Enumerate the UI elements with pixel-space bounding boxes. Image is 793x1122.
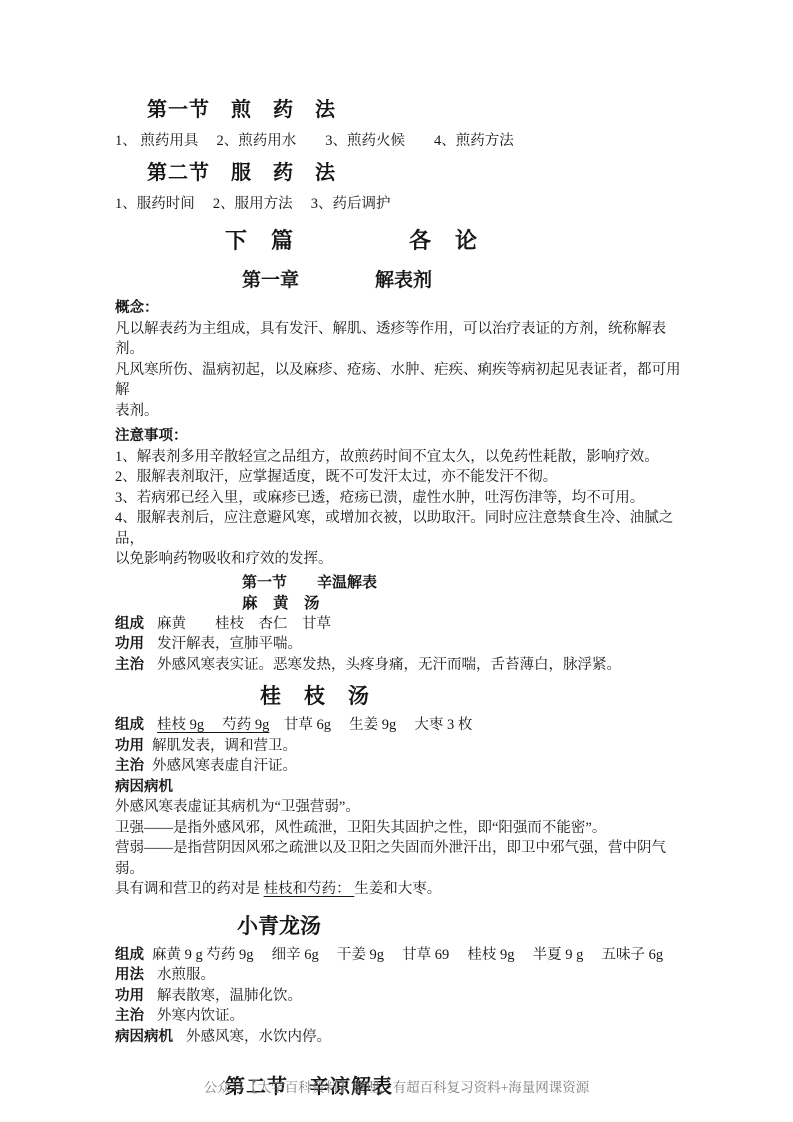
page-footer: 公众号【大学百科资料】整理，有超百科复习资料+海量网课资源 — [0, 1076, 793, 1096]
notes-line: 以免影响药物吸收和疗效的发挥。 — [115, 549, 685, 570]
field-label-gongyong: 功用 — [115, 636, 144, 652]
guizhi-gongyong-row: 功用解肌发表，调和营卫。 — [115, 736, 685, 757]
fuyaofa-item-list: 1、服药时间 2、服用方法 3、药后调护 — [115, 194, 685, 215]
notes-line: 3、若病邪已经入里，或麻疹已透，疮疡已溃，虚性水肿，吐泻伤津等，均不可用。 — [115, 488, 685, 509]
notes-line: 2、服解表剂取汗，应掌握适度，既不可发汗太过，亦不能发汗不彻。 — [115, 467, 685, 488]
field-label-zhuzhi: 主治 — [115, 758, 144, 774]
chapter-heading: 第一章 解表剂 — [115, 268, 685, 293]
guizhi-zucheng-row: 组成桂枝 9g 芍药 9g 甘草 6g 生姜 9g 大枣 3 枚 — [115, 715, 685, 736]
field-label-zhuzhi: 主治 — [115, 657, 144, 673]
field-value: 外寒内饮证。 — [157, 1008, 244, 1024]
mahuang-gongyong-row: 功用发汗解表，宣肺平喘。 — [115, 634, 685, 655]
field-label-gongyong: 功用 — [115, 738, 144, 754]
concept-line: 表剂。 — [115, 401, 685, 422]
mahuang-zhuzhi-row: 主治外感风寒表实证。恶寒发热，头疼身痛，无汗而喘，舌苔薄白，脉浮紧。 — [115, 655, 685, 676]
field-value: 外感风寒表虚自汗证。 — [152, 758, 297, 774]
xiaoqinglong-gongyong-row: 功用解表散寒，温肺化饮。 — [115, 986, 685, 1007]
subsection-heading-xinwen: 第一节 辛温解表 — [115, 573, 685, 593]
concept-line: 凡以解表药为主组成，具有发汗、解肌、透疹等作用，可以治疗表证的方剂，统称解表剂。 — [115, 319, 685, 360]
mahuang-zucheng-row: 组成麻黄 桂枝 杏仁 甘草 — [115, 614, 685, 635]
section-heading-jianyaofa: 第一节 煎 药 法 — [115, 97, 685, 123]
underlined-ingredients: 桂枝 9g 芍药 9g — [157, 717, 269, 733]
field-label-zucheng: 组成 — [115, 947, 144, 963]
field-value: 甘草 6g 生姜 9g 大枣 3 枚 — [269, 717, 472, 733]
field-value: 麻黄 桂枝 杏仁 甘草 — [157, 616, 331, 632]
concept-label: 概念： — [115, 298, 685, 319]
formula-title-mahuang: 麻 黄 汤 — [115, 593, 685, 614]
guizhi-bingji-label: 病因病机 — [115, 777, 685, 798]
guizhi-bingji-line: 卫强——是指外感风邪，风性疏泄，卫阳失其固护之性，即“阳强而不能密”。 — [115, 818, 685, 839]
notes-line: 1、解表剂多用辛散轻宣之品组方，故煎药时间不宜太久，以免药性耗散，影响疗效。 — [115, 447, 685, 468]
formula-title-xiaoqinglong: 小青龙汤 — [115, 913, 685, 940]
xiaoqinglong-zucheng-row: 组成麻黄 9 g 芍药 9g 细辛 6g 干姜 9g 甘草 69 桂枝 9g 半… — [115, 945, 685, 966]
concept-line: 凡风寒所伤、温病初起，以及麻疹、疮疡、水肿、疟疾、痢疾等病初起见表证者，都可用解 — [115, 360, 685, 401]
field-label-bingji: 病因病机 — [115, 1029, 173, 1045]
formula-title-guizhi: 桂 枝 汤 — [115, 683, 685, 710]
yaodui-suffix: 生姜和大枣。 — [354, 881, 441, 897]
document-page: 第一节 煎 药 法 1、 煎药用具 2、煎药用水 3、煎药火候 4、煎药方法 第… — [0, 0, 793, 1122]
field-value: 解表散寒，温肺化饮。 — [157, 988, 302, 1004]
xiaoqinglong-yongfa-row: 用法水煎服。 — [115, 965, 685, 986]
jianyaofa-item-list: 1、 煎药用具 2、煎药用水 3、煎药火候 4、煎药方法 — [115, 131, 685, 152]
notes-label: 注意事项： — [115, 426, 685, 447]
notes-line: 4、服解表剂后，应注意避风寒，或增加衣被，以助取汗。同时应注意禁食生冷、油腻之品… — [115, 508, 685, 549]
part-heading: 下 篇 各 论 — [115, 227, 685, 255]
field-label-zucheng: 组成 — [115, 717, 144, 733]
field-value: 外感风寒，水饮内停。 — [186, 1029, 331, 1045]
guizhi-bingji-line: 营弱——是指营阴因风邪之疏泄以及卫阳之失固而外泄汗出，即卫中邪气强，营中阴气弱。 — [115, 838, 685, 879]
guizhi-yaodui-line: 具有调和营卫的药对是 桂枝和芍药： 生姜和大枣。 — [115, 879, 685, 900]
field-value: 解肌发表，调和营卫。 — [152, 738, 297, 754]
guizhi-bingji-line: 外感风寒表虚证其病机为“卫强营弱”。 — [115, 797, 685, 818]
field-label-yongfa: 用法 — [115, 967, 144, 983]
field-label-zucheng: 组成 — [115, 616, 144, 632]
field-value: 水煎服。 — [157, 967, 215, 983]
field-value: 外感风寒表实证。恶寒发热，头疼身痛，无汗而喘，舌苔薄白，脉浮紧。 — [157, 657, 621, 673]
field-label-gongyong: 功用 — [115, 988, 144, 1004]
field-value: 麻黄 9 g 芍药 9g 细辛 6g 干姜 9g 甘草 69 桂枝 9g 半夏 … — [152, 947, 663, 963]
xiaoqinglong-bingji-row: 病因病机外感风寒，水饮内停。 — [115, 1027, 685, 1048]
underlined-pair: 桂枝和芍药： — [264, 881, 355, 897]
xiaoqinglong-zhuzhi-row: 主治外寒内饮证。 — [115, 1006, 685, 1027]
field-label-zhuzhi: 主治 — [115, 1008, 144, 1024]
yaodui-prefix: 具有调和营卫的药对是 — [115, 881, 264, 897]
guizhi-zhuzhi-row: 主治外感风寒表虚自汗证。 — [115, 756, 685, 777]
field-value: 发汗解表，宣肺平喘。 — [157, 636, 302, 652]
section-heading-fuyaofa: 第二节 服 药 法 — [115, 160, 685, 186]
